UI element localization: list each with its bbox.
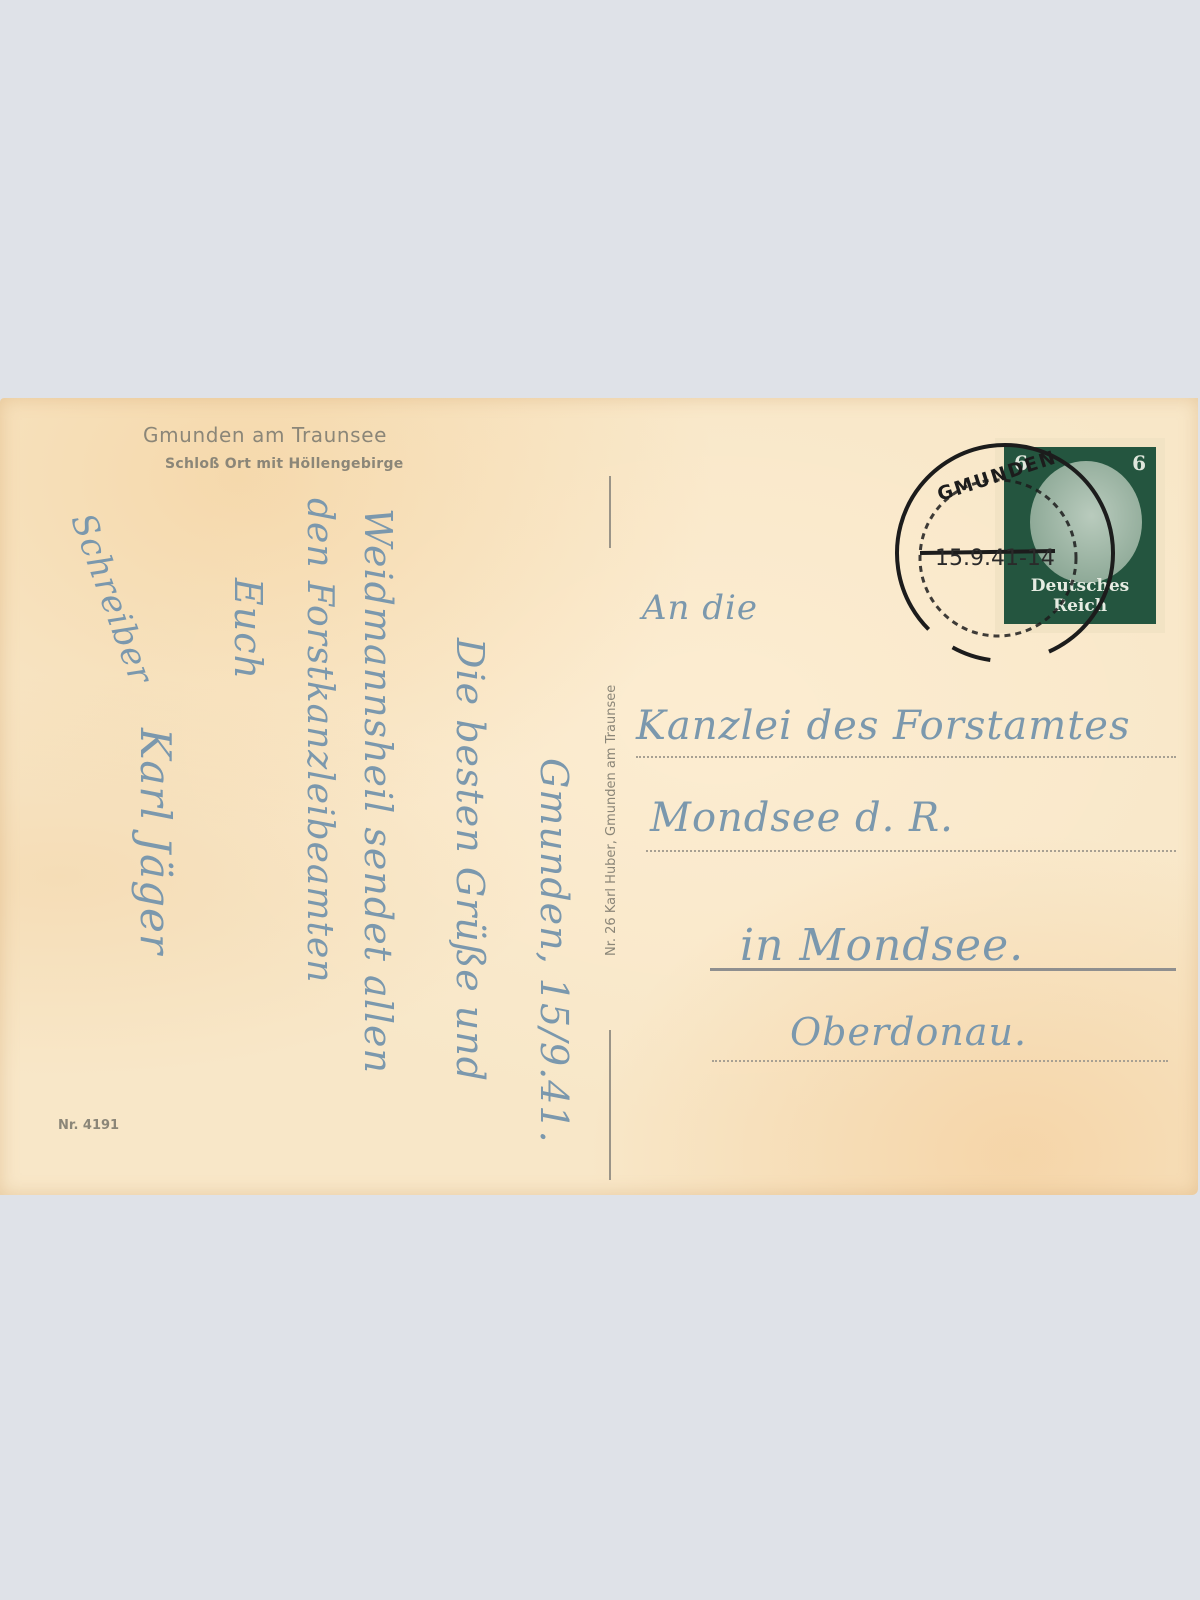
signature: Euch	[226, 578, 270, 680]
message-date-line: Gmunden, 15/9.41.	[532, 758, 576, 1144]
publisher-imprint: Nr. 26 Karl Huber, Gmunden am Traunsee	[604, 685, 619, 956]
address-line: Kanzlei des Forstamtes	[636, 703, 1130, 749]
message-line: Die besten Grüße und	[448, 638, 492, 1082]
divider-line-top	[609, 476, 611, 548]
address-line: Mondsee d. R.	[650, 795, 954, 841]
address-dotted-line	[712, 1060, 1168, 1062]
postcard: Gmunden am Traunsee Schloß Ort mit Hölle…	[0, 398, 1198, 1195]
postmark-date: 15.9.41-14	[935, 546, 1055, 571]
address-underline	[710, 968, 1176, 971]
postcard-caption-subtitle: Schloß Ort mit Höllengebirge	[165, 456, 404, 472]
divider-line-bottom	[609, 1030, 611, 1180]
address-dotted-line	[646, 850, 1176, 852]
address-line: Oberdonau.	[790, 1010, 1027, 1054]
message-line: den Forstkanzleibeamten	[299, 498, 340, 983]
signature: Schreiber	[62, 508, 161, 690]
message-line: Weidmannsheil sendet allen	[356, 508, 400, 1074]
address-line: in Mondsee.	[740, 920, 1024, 971]
stamp-value: 6	[1132, 451, 1146, 475]
address-line: An die	[642, 588, 758, 628]
address-dotted-line	[636, 756, 1176, 758]
catalog-number: Nr. 4191	[58, 1118, 119, 1133]
stamp-country: Deutsches Reich	[1004, 576, 1156, 616]
signature: Karl Jäger	[131, 728, 180, 955]
postcard-caption-title: Gmunden am Traunsee	[143, 423, 387, 447]
